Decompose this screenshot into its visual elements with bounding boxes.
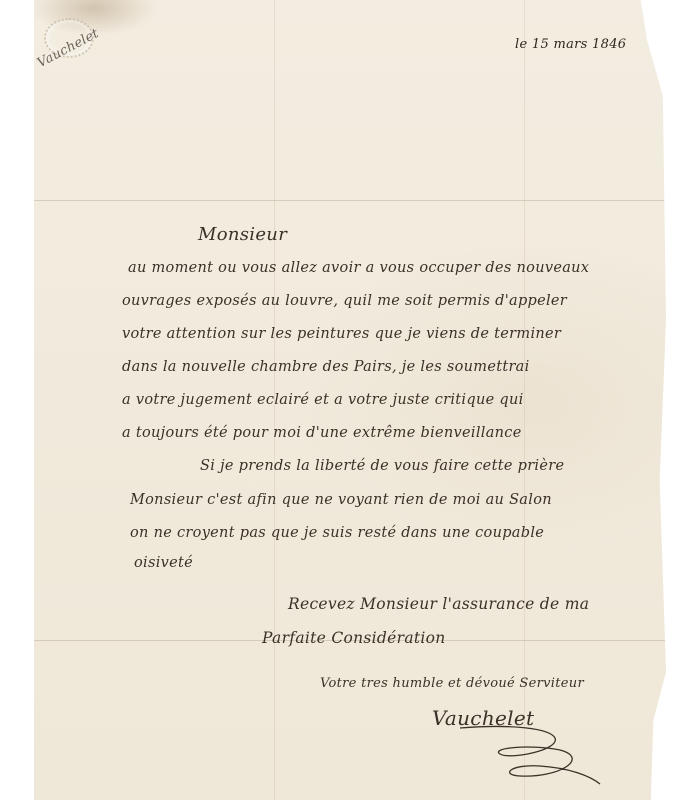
fold-line [34, 200, 666, 201]
body-line: dans la nouvelle chambre des Pairs, je l… [122, 359, 530, 375]
body-line: votre attention sur les peintures que je… [122, 326, 561, 342]
body-line: a toujours été pour moi d'une extrême bi… [122, 425, 522, 441]
letter-date: le 15 mars 1846 [515, 37, 626, 52]
closing-line: Recevez Monsieur l'assurance de ma [288, 595, 589, 613]
body-line: ouvrages exposés au louvre, quil me soit… [122, 293, 567, 309]
signature-flourish-icon [440, 720, 620, 790]
body-line: Monsieur c'est afin que ne voyant rien d… [130, 492, 552, 508]
closing-line: Parfaite Considération [262, 629, 446, 647]
body-line: a votre jugement eclairé et a votre just… [122, 392, 524, 408]
salutation: Monsieur [198, 224, 287, 245]
body-line: au moment ou vous allez avoir a vous occ… [128, 260, 589, 276]
body-line: Si je prends la liberté de vous faire ce… [200, 458, 564, 474]
body-line: on ne croyent pas que je suis resté dans… [130, 525, 544, 541]
body-line: oisiveté [134, 555, 193, 571]
valediction: Votre tres humble et dévoué Serviteur [320, 676, 584, 691]
